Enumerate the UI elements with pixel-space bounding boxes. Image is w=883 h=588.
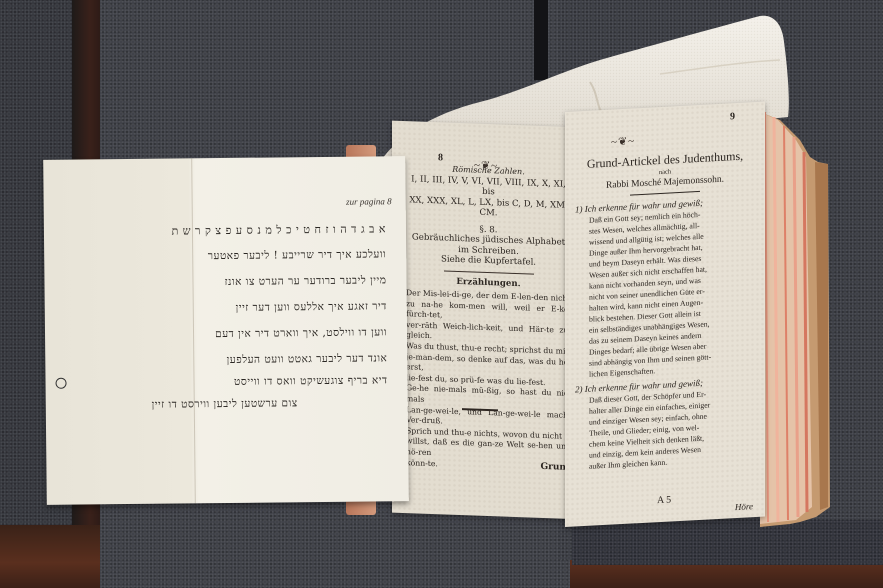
handwritten-line: וועלכע איך דיר שרייבע ! ליבער פאטער	[208, 248, 387, 262]
body-text: Der Mis-lei-di-ge, der dem E-len-den nic…	[406, 288, 571, 474]
page-number: 9	[730, 111, 735, 122]
handwritten-insert: zur pagina 8 א ב ג ד ה ו ז ח ט י כ ל מ נ…	[43, 156, 409, 505]
article-2-body: Daß dieser Gott, der Schöpfer und Er- ha…	[575, 386, 755, 472]
book-page-8: 8 ~❦~ Römische Zahlen. I, II, III, IV, V…	[392, 121, 582, 520]
fold-crease	[191, 158, 196, 503]
roman-numerals-line-2: XX, XXX, XL, L, LX, bis C, D, M, XM, CM.	[406, 195, 571, 222]
handwritten-line: א ב ג ד ה ו ז ח ט י כ ל מ נ ס ע פ צ ק ר …	[171, 222, 386, 237]
divider-rule	[444, 270, 534, 274]
book-page-edges-right	[760, 112, 830, 527]
page-number: 8	[438, 152, 443, 163]
article-1-body: Daß ein Gott sey; nemlich ein höch- stes…	[575, 206, 755, 380]
ornament-icon: ~❦~	[611, 134, 635, 148]
handwritten-line: צום ערשטען ליבען ווירסט דו זיין	[151, 397, 297, 411]
divider-rule	[630, 191, 700, 196]
handwritten-line: מיין ליבער ברודער ער הערט צו אונז	[225, 274, 387, 288]
circle-mark-icon	[55, 378, 66, 389]
page-8-text: Römische Zahlen. I, II, III, IV, V, VI, …	[406, 163, 571, 474]
handwritten-line: דיא בריף צוגעשיקט וואס דו ווייסט	[234, 374, 388, 388]
handwritten-line: דיר זאגע איך אללעס ווען דער זיין	[236, 300, 387, 314]
handwritten-line: ווען דו ווילסט, איך ווארט דיר אין דעם	[215, 326, 387, 340]
catchword: Höre	[735, 501, 753, 512]
handwritten-line: אונד דער ליבער גאטט וועט העלפען	[226, 352, 387, 366]
book-page-9: 9 ~❦~ Grund-Artickel des Judenthums, nac…	[565, 102, 765, 527]
signature-mark: A 5	[657, 494, 671, 506]
right-foam-lower	[572, 520, 883, 565]
page-reference: zur pagina 8	[346, 196, 392, 206]
page-9-text: Grund-Artickel des Judenthums, nach Rabb…	[575, 148, 755, 472]
